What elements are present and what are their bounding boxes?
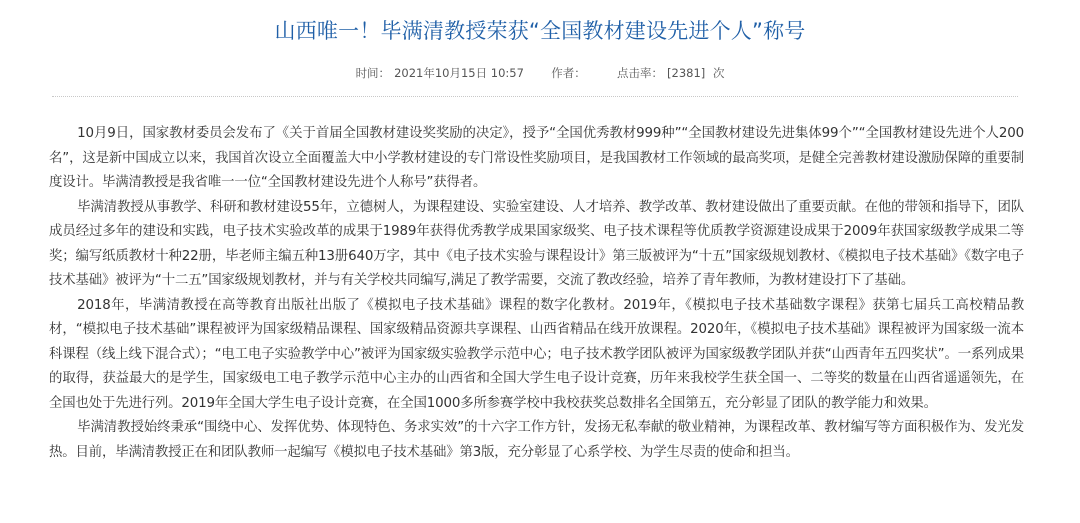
clicks-label: 点击率： xyxy=(617,66,663,80)
paragraph: 10月9日，国家教材委员会发布了《关于首届全国教材建设奖奖励的决定》，授予“全国… xyxy=(49,122,1024,196)
article-title: 山西唯一！毕满清教授荣获“全国教材建设先进个人”称号 xyxy=(0,15,1080,47)
paragraph: 毕满清教授始终秉承“围绕中心、发挥优势、体现特色、务求实效”的十六字工作方针，发… xyxy=(49,416,1024,465)
time-label: 时间： xyxy=(356,66,391,80)
paragraph: 毕满清教授从事教学、科研和教材建设55年，立德树人，为课程建设、实验室建设、人才… xyxy=(49,196,1024,294)
article-meta: 时间：2021年10月15日 10:57 作者： 点击率：[2381] 次 xyxy=(0,64,1080,82)
paragraph: 2018年，毕满清教授在高等教育出版社出版了《模拟电子技术基础》课程的数字化教材… xyxy=(49,294,1024,417)
title-divider xyxy=(52,96,1018,97)
click-count: [2381] xyxy=(667,66,705,80)
article-body: 10月9日，国家教材委员会发布了《关于首届全国教材建设奖奖励的决定》，授予“全国… xyxy=(49,122,1024,465)
publish-time: 2021年10月15日 10:57 xyxy=(394,66,524,80)
author-label: 作者： xyxy=(551,66,586,80)
clicks-unit: 次 xyxy=(713,66,725,80)
